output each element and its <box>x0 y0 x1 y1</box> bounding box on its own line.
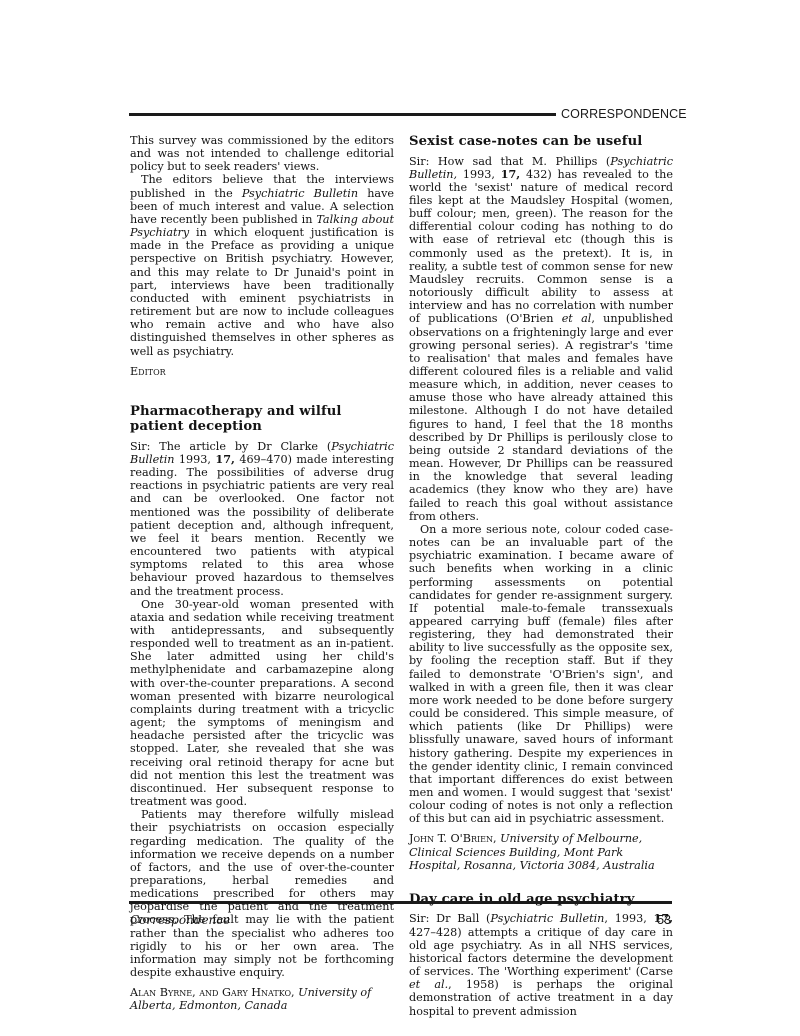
text: in which eloquent justification is made … <box>130 226 394 357</box>
article-title: Day care in old age psychiatry <box>409 892 673 908</box>
text: , unpublished observations on a frighten… <box>409 312 673 522</box>
article-title: Pharmacotherapy and wilful patient decep… <box>130 404 394 435</box>
text: Sir: Dr Ball ( <box>409 912 490 925</box>
paragraph: On a more serious note, colour coded cas… <box>409 523 673 826</box>
text: , 1958) is perhaps the original demonstr… <box>409 978 673 1017</box>
paragraph: One 30-year-old woman presented with ata… <box>130 598 394 809</box>
paragraph: Sir: The article by Dr Clarke (Psychiatr… <box>130 440 394 598</box>
paragraph: Sir: How sad that M. Phillips (Psychiatr… <box>409 155 673 523</box>
paragraph: This survey was commissioned by the edit… <box>130 134 394 173</box>
text: Sir: How sad that M. Phillips ( <box>409 155 610 168</box>
author-name: John T. O'Brien, <box>409 832 497 845</box>
text: Sir: The article by Dr Clarke ( <box>130 440 331 453</box>
footer-section-name: Correspondence <box>130 913 230 928</box>
et-al: et al. <box>409 978 448 991</box>
text: 432) has revealed to the world the 'sexi… <box>409 168 673 326</box>
author-signoff: John T. O'Brien, University of Melbourne… <box>409 832 673 871</box>
author-signoff: Alan Byrne, and Gary Hnatko, University … <box>130 986 394 1012</box>
running-head: CORRESPONDENCE <box>561 106 673 122</box>
text: 1993, <box>457 168 501 181</box>
author-names: Alan Byrne, and Gary Hnatko, <box>130 986 295 999</box>
text: 1993, <box>174 453 215 466</box>
paragraph: Patients may therefore wilfully mislead … <box>130 808 394 979</box>
journal-title: Psychiatric Bulletin <box>490 912 604 925</box>
article-day-care: Day care in old age psychiatry Sir: Dr B… <box>409 892 673 1018</box>
page-number: 53 <box>640 913 671 928</box>
footer-rule <box>129 901 672 904</box>
right-column: Sexist case-notes can be useful Sir: How… <box>409 134 673 1018</box>
volume-number: 17, <box>215 452 234 466</box>
text: 427–428) attempts a critique of day care… <box>409 926 673 978</box>
editor-reply: This survey was commissioned by the edit… <box>130 134 394 378</box>
paragraph: The editors believe that the interviews … <box>130 173 394 357</box>
et-al: et al <box>562 312 592 325</box>
paragraph: Sir: Dr Ball (Psychiatric Bulletin, 1993… <box>409 912 673 1017</box>
article-sexist-case-notes: Sexist case-notes can be useful Sir: How… <box>409 134 673 872</box>
text: 469–470) made interesting reading. The p… <box>130 453 394 598</box>
journal-title: Psychiatric Bulletin <box>242 187 358 200</box>
volume-number: 17, <box>501 167 520 181</box>
editor-signoff: Editor <box>130 365 394 378</box>
left-column: This survey was commissioned by the edit… <box>130 134 394 1013</box>
article-title: Sexist case-notes can be useful <box>409 134 673 150</box>
header-rule <box>129 113 556 116</box>
